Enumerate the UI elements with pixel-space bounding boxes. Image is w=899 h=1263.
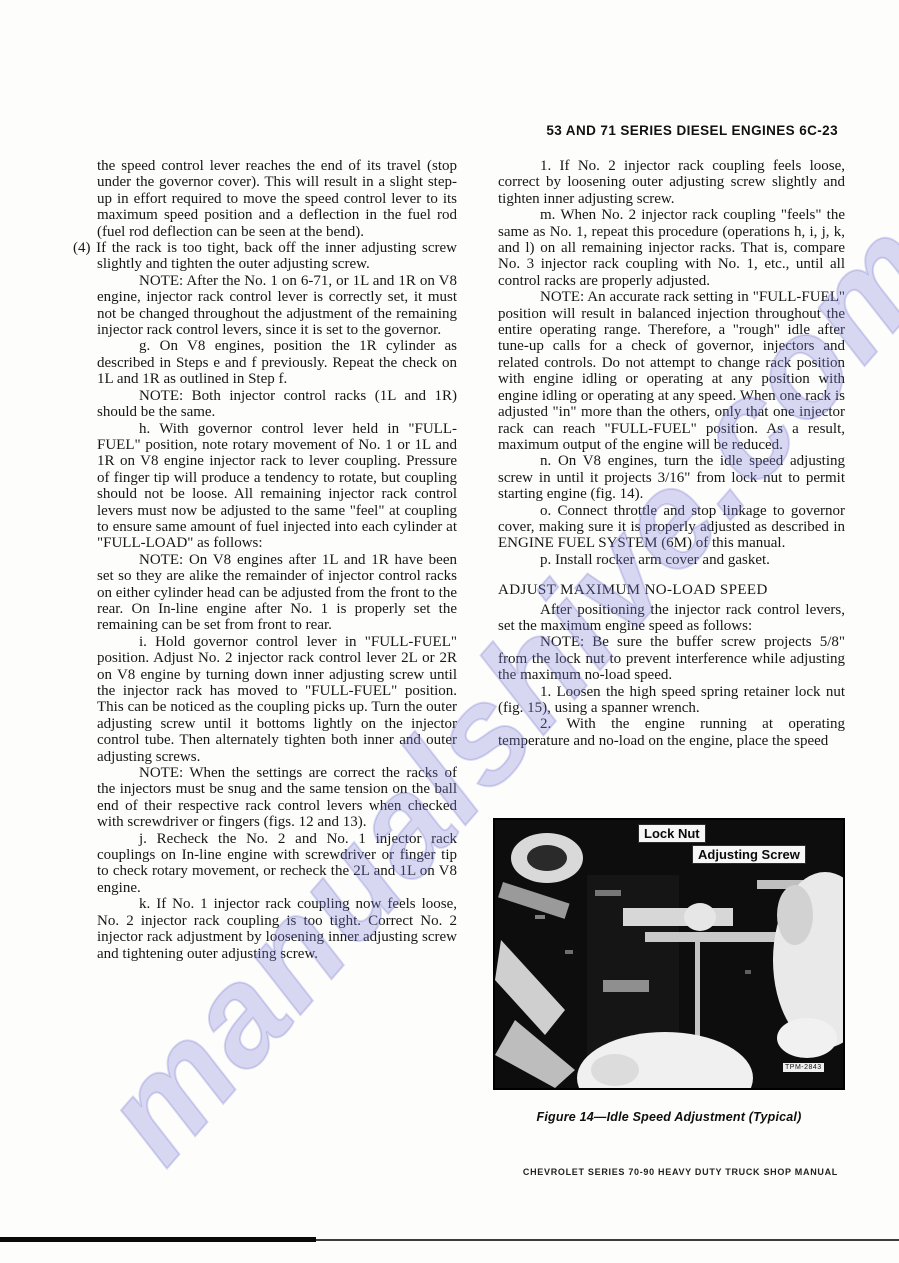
paragraph: p. Install rocker arm cover and gasket. bbox=[498, 552, 845, 568]
left-column: the speed control lever reaches the end … bbox=[97, 158, 457, 962]
note-paragraph: NOTE: Be sure the buffer screw projects … bbox=[498, 634, 845, 683]
paragraph: 1. Loosen the high speed spring retainer… bbox=[498, 684, 845, 717]
paragraph: 2. With the engine running at operating … bbox=[498, 716, 845, 749]
page-header: 53 AND 71 SERIES DIESEL ENGINES 6C-23 bbox=[546, 123, 838, 138]
bottom-rule-thick bbox=[0, 1237, 316, 1242]
paragraph: o. Connect throttle and stop linkage to … bbox=[498, 503, 845, 552]
paragraph: i. Hold governor control lever in "FULL-… bbox=[97, 634, 457, 765]
page-footer: CHEVROLET SERIES 70-90 HEAVY DUTY TRUCK … bbox=[523, 1167, 838, 1177]
note-paragraph: NOTE: Both injector control racks (1L an… bbox=[97, 388, 457, 421]
note-paragraph: NOTE: After the No. 1 on 6-71, or 1L and… bbox=[97, 273, 457, 339]
paragraph: h. With governor control lever held in "… bbox=[97, 421, 457, 552]
paragraph: n. On V8 engines, turn the idle speed ad… bbox=[498, 453, 845, 502]
right-column: 1. If No. 2 injector rack coupling feels… bbox=[498, 158, 845, 749]
paragraph: After positioning the injector rack cont… bbox=[498, 602, 845, 635]
section-heading: ADJUST MAXIMUM NO-LOAD SPEED bbox=[498, 582, 845, 598]
note-paragraph: NOTE: An accurate rack setting in "FULL-… bbox=[498, 289, 845, 453]
manual-page: 53 AND 71 SERIES DIESEL ENGINES 6C-23 th… bbox=[0, 0, 899, 1263]
paragraph: g. On V8 engines, position the 1R cylind… bbox=[97, 338, 457, 387]
paragraph: k. If No. 1 injector rack coupling now f… bbox=[97, 896, 457, 962]
note-paragraph: NOTE: On V8 engines after 1L and 1R have… bbox=[97, 552, 457, 634]
paragraph: 1. If No. 2 injector rack coupling feels… bbox=[498, 158, 845, 207]
bottom-rule-thin bbox=[316, 1239, 899, 1241]
figure-label-adjusting-screw: Adjusting Screw bbox=[693, 846, 805, 863]
figure-14-photo: Lock Nut Adjusting Screw TPM-2843 bbox=[493, 818, 845, 1090]
list-item-4: (4) If the rack is too tight, back off t… bbox=[97, 240, 457, 273]
paragraph: j. Recheck the No. 2 and No. 1 injector … bbox=[97, 831, 457, 897]
figure-caption: Figure 14—Idle Speed Adjustment (Typical… bbox=[493, 1110, 845, 1124]
paragraph: m. When No. 2 injector rack coupling "fe… bbox=[498, 207, 845, 289]
note-paragraph: NOTE: When the settings are correct the … bbox=[97, 765, 457, 831]
paragraph: the speed control lever reaches the end … bbox=[97, 158, 457, 240]
figure-label-lock-nut: Lock Nut bbox=[639, 825, 705, 842]
figure-photo-code: TPM-2843 bbox=[783, 1063, 824, 1072]
